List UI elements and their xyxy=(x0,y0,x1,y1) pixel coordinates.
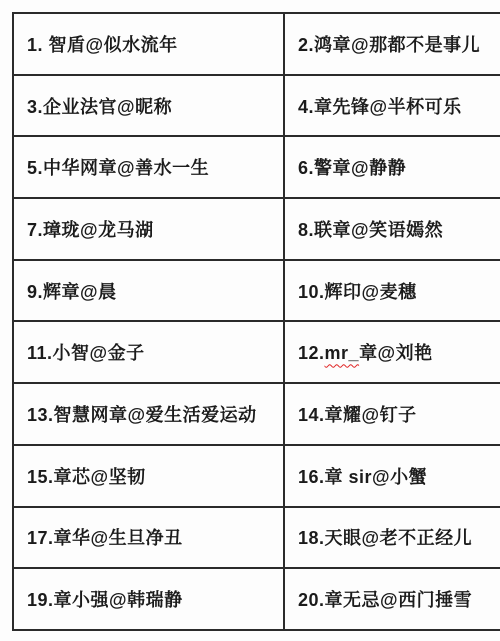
nickname-table: 1. 智盾@似水流年 2.鸿章@那都不是事儿 3.企业法官@昵称 4.章先锋@半… xyxy=(12,12,500,631)
table-row: 15.章芯@坚韧 16.章 sir@小蟹 xyxy=(13,445,500,507)
table-cell-3: 3.企业法官@昵称 xyxy=(13,75,284,137)
table-cell-18: 18.天眼@老不正经儿 xyxy=(284,507,500,569)
table-cell-19: 19.章小强@韩瑞静 xyxy=(13,568,284,630)
table-row: 17.章华@生旦净丑 18.天眼@老不正经儿 xyxy=(13,507,500,569)
table-cell-8: 8.联章@笑语嫣然 xyxy=(284,198,500,260)
table-cell-6: 6.警章@静静 xyxy=(284,136,500,198)
table-row: 9.辉章@晨 10.辉印@麦穗 xyxy=(13,260,500,322)
spellcheck-flagged-text: mr_ xyxy=(325,343,360,363)
table-cell-11: 11.小智@金子 xyxy=(13,321,284,383)
table-row: 13.智慧网章@爱生活爱运动 14.章耀@钉子 xyxy=(13,383,500,445)
table-row: 3.企业法官@昵称 4.章先锋@半杯可乐 xyxy=(13,75,500,137)
table-cell-12: 12.mr_章@刘艳 xyxy=(284,321,500,383)
table-row: 1. 智盾@似水流年 2.鸿章@那都不是事儿 xyxy=(13,13,500,75)
table-cell-13: 13.智慧网章@爱生活爱运动 xyxy=(13,383,284,445)
table-cell-7: 7.璋珑@龙马湖 xyxy=(13,198,284,260)
table-row: 5.中华网章@善水一生 6.警章@静静 xyxy=(13,136,500,198)
cell-text-prefix: 12. xyxy=(298,343,325,363)
table-cell-9: 9.辉章@晨 xyxy=(13,260,284,322)
table-cell-5: 5.中华网章@善水一生 xyxy=(13,136,284,198)
table-cell-20: 20.章无忌@西门捶雪 xyxy=(284,568,500,630)
table-row: 7.璋珑@龙马湖 8.联章@笑语嫣然 xyxy=(13,198,500,260)
table-cell-16: 16.章 sir@小蟹 xyxy=(284,445,500,507)
table-cell-4: 4.章先锋@半杯可乐 xyxy=(284,75,500,137)
table-cell-15: 15.章芯@坚韧 xyxy=(13,445,284,507)
nickname-table-container: 1. 智盾@似水流年 2.鸿章@那都不是事儿 3.企业法官@昵称 4.章先锋@半… xyxy=(12,12,487,631)
table-cell-2: 2.鸿章@那都不是事儿 xyxy=(284,13,500,75)
table-row: 11.小智@金子 12.mr_章@刘艳 xyxy=(13,321,500,383)
table-cell-14: 14.章耀@钉子 xyxy=(284,383,500,445)
table-row: 19.章小强@韩瑞静 20.章无忌@西门捶雪 xyxy=(13,568,500,630)
cell-text-suffix: 章@刘艳 xyxy=(359,343,433,363)
table-cell-17: 17.章华@生旦净丑 xyxy=(13,507,284,569)
table-cell-1: 1. 智盾@似水流年 xyxy=(13,13,284,75)
table-cell-10: 10.辉印@麦穗 xyxy=(284,260,500,322)
